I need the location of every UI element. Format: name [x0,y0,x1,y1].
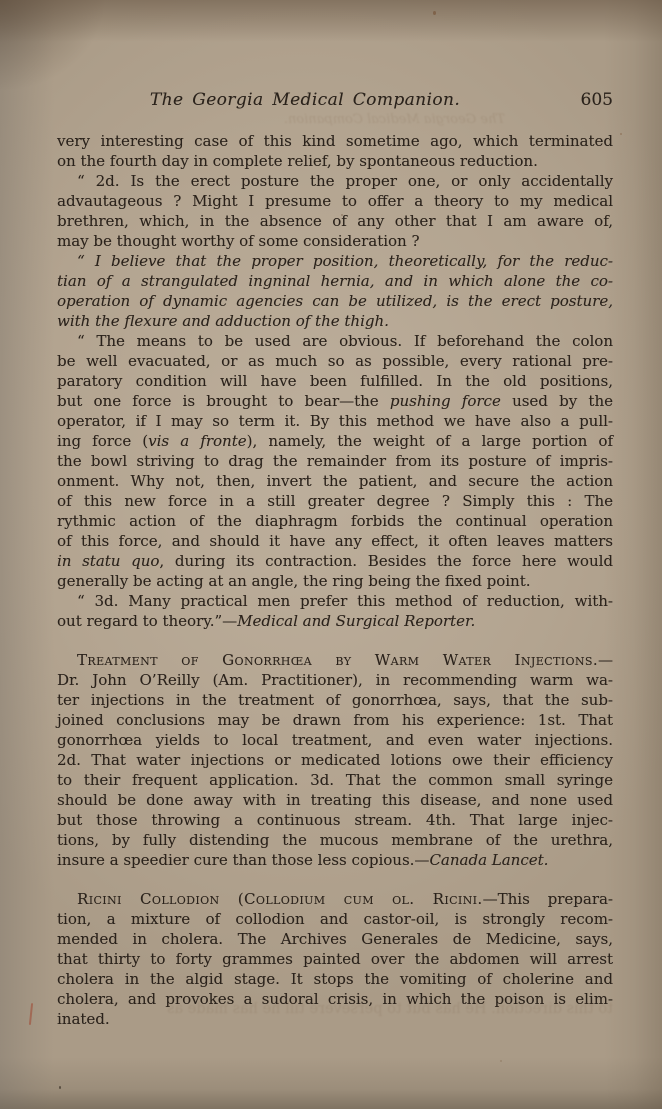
text-segment: may be thought worthy of some considerat… [57,232,420,250]
text-line: joined conclusions may be drawn from his… [57,710,613,730]
text-line: out regard to theory.”—Medical and Surgi… [57,611,613,631]
section-gonorrhoea-treatment: Treatment of Gonorrhœa by Warm Water Inj… [57,650,613,870]
paper-speck [500,1060,502,1062]
text-segment: tian of a strangulated ingninal hernia, … [57,272,613,290]
text-segment: to their frequent application. 3d. That … [57,771,613,789]
text-line: of this force, and should it have any ef… [57,531,613,551]
text-line: gonorrhœa yields to local treatment, and… [57,730,613,750]
text-line: mended in cholera. The Archives Generale… [57,929,613,949]
paragraph-3d-conclusion: “ 3d. Many practical men prefer this met… [57,591,613,631]
text-segment: cholera, and provokes a sudoral crisis, … [57,990,613,1008]
text-segment: on the fourth day in complete relief, by… [57,152,538,170]
text-segment: out regard to theory.”— [57,612,237,630]
text-line: Treatment of Gonorrhœa by Warm Water Inj… [57,650,613,670]
text-line: with the flexure and adduction of the th… [57,311,613,331]
text-segment: operator, if I may so term it. By this m… [57,412,613,430]
text-segment: joined conclusions may be drawn from his… [57,711,613,729]
text-segment: insure a speedier cure than those less c… [57,851,429,869]
text-line: “ I believe that the proper position, th… [57,251,613,271]
text-segment: “ 3d. Many practical men prefer this met… [77,592,613,610]
text-segment: be well evacuated, or as much so as poss… [57,352,613,370]
text-segment: “ I believe that the proper position, th… [77,252,613,270]
text-segment: but those throwing a continuous stream. … [57,811,613,829]
text-segment: generally be acting at an angle, the rin… [57,572,531,590]
text-segment: “ The means to be used are obvious. If b… [77,332,613,350]
text-segment: , during its contraction. Besides the fo… [159,552,613,570]
text-segment: the bowl striving to drag the remainder … [57,452,613,470]
text-segment: tions, by fully distending the mucous me… [57,831,613,849]
text-segment: with the flexure and adduction of the th… [57,312,389,330]
text-segment: mended in cholera. The Archives Generale… [57,930,613,948]
text-segment: advautageous ? Might I presume to offer … [57,192,613,210]
text-line: “ The means to be used are obvious. If b… [57,331,613,351]
text-segment: Dr. John O’Reilly (Am. Practitioner), in… [57,671,613,689]
text-line: should be done away with in treating thi… [57,790,613,810]
page-body: very interesting case of this kind somet… [57,131,613,1029]
text-line: Ricini Collodion (Collodium cum ol. Rici… [57,889,613,909]
text-segment: —This prepara- [483,890,613,908]
text-segment: pushing force [390,392,501,410]
text-segment: 2d. That water injections or medicated l… [57,751,613,769]
section-ricini-collodion: Ricini Collodion (Collodium cum ol. Rici… [57,889,613,1029]
text-line: tions, by fully distending the mucous me… [57,830,613,850]
text-segment: of this new force in a still greater deg… [57,492,613,510]
text-segment: — [598,651,613,669]
text-segment: tion, a mixture of collodion and castor-… [57,910,613,928]
text-segment: Treatment of Gonorrhœa by Warm Water Inj… [77,651,598,669]
text-line: rythmic action of the diaphragm forbids … [57,511,613,531]
paper-speck [433,11,436,15]
text-line: but one force is brought to bear—the pus… [57,391,613,411]
text-line: to their frequent application. 3d. That … [57,770,613,790]
text-segment: vis a fronte [148,432,246,450]
text-line: insure a speedier cure than those less c… [57,850,613,870]
text-line: be well evacuated, or as much so as poss… [57,351,613,371]
text-line: that thirty to forty grammes painted ove… [57,949,613,969]
text-line: advautageous ? Might I presume to offer … [57,191,613,211]
text-segment: should be done away with in treating thi… [57,791,613,809]
text-line: may be thought worthy of some considerat… [57,231,613,251]
text-line: 2d. That water injections or medicated l… [57,750,613,770]
text-line: tian of a strangulated ingninal hernia, … [57,271,613,291]
text-line: paratory condition will have been fulfil… [57,371,613,391]
text-line: ter injections in the treatment of gonor… [57,690,613,710]
text-segment: Ricini Collodion (Collodium cum ol. Rici… [77,890,483,908]
text-line: very interesting case of this kind somet… [57,131,613,151]
text-segment: onment. Why not, then, invert the patien… [57,472,613,490]
text-segment: operation of dynamic agencies can be uti… [57,292,613,310]
text-segment: Canada Lancet. [429,851,548,869]
text-line: but those throwing a continuous stream. … [57,810,613,830]
text-segment: ing force ( [57,432,148,450]
paragraph-means: “ The means to be used are obvious. If b… [57,331,613,591]
paragraph-case-report: very interesting case of this kind somet… [57,131,613,171]
bleed-through-text: The Georgia Medical Companion. [185,112,505,127]
paper-speck [59,1086,61,1089]
text-segment: gonorrhœa yields to local treatment, and… [57,731,613,749]
text-segment: cholera in the algid stage. It stops the… [57,970,613,988]
page-number: 605 [581,90,613,110]
text-segment: “ 2d. Is the erect posture the proper on… [77,172,613,190]
text-line: in statu quo, during its contraction. Be… [57,551,613,571]
text-line: Dr. John O’Reilly (Am. Practitioner), in… [57,670,613,690]
paper-speck [620,133,622,135]
text-segment: used by the [501,392,613,410]
text-line: operation of dynamic agencies can be uti… [57,291,613,311]
page-header: The Georgia Medical Companion. 605 [57,90,613,114]
red-scratch-mark [29,1003,33,1025]
text-segment: ), namely, the weight of a large portion… [247,432,613,450]
text-line: the bowl striving to drag the remainder … [57,451,613,471]
text-line: tion, a mixture of collodion and castor-… [57,909,613,929]
text-segment: inated. [57,1010,110,1028]
text-segment: but one force is brought to bear—the [57,392,390,410]
text-line: operator, if I may so term it. By this m… [57,411,613,431]
text-segment: ter injections in the treatment of gonor… [57,691,613,709]
text-line: generally be acting at an angle, the rin… [57,571,613,591]
text-segment: Medical and Surgical Reporter. [237,612,475,630]
text-segment: rythmic action of the diaphragm forbids … [57,512,613,530]
paragraph-belief-italic: “ I believe that the proper position, th… [57,251,613,331]
text-line: “ 3d. Many practical men prefer this met… [57,591,613,611]
text-segment: very interesting case of this kind somet… [57,132,613,150]
text-line: ing force (vis a fronte), namely, the we… [57,431,613,451]
text-segment: in statu quo [57,552,159,570]
text-segment: that thirty to forty grammes painted ove… [57,950,613,968]
text-line: “ 2d. Is the erect posture the proper on… [57,171,613,191]
book-page: The Georgia Medical Companion. The Georg… [0,0,662,1109]
text-segment: paratory condition will have been fulfil… [57,372,613,390]
text-line: of this new force in a still greater deg… [57,491,613,511]
text-line: inated. [57,1009,613,1029]
text-line: cholera, and provokes a sudoral crisis, … [57,989,613,1009]
text-segment: of this force, and should it have any ef… [57,532,613,550]
text-line: on the fourth day in complete relief, by… [57,151,613,171]
running-title: The Georgia Medical Companion. [57,90,553,110]
text-segment: brethren, which, in the absence of any o… [57,212,613,230]
text-line: brethren, which, in the absence of any o… [57,211,613,231]
text-line: onment. Why not, then, invert the patien… [57,471,613,491]
text-line: cholera in the algid stage. It stops the… [57,969,613,989]
paragraph-2d-question: “ 2d. Is the erect posture the proper on… [57,171,613,251]
